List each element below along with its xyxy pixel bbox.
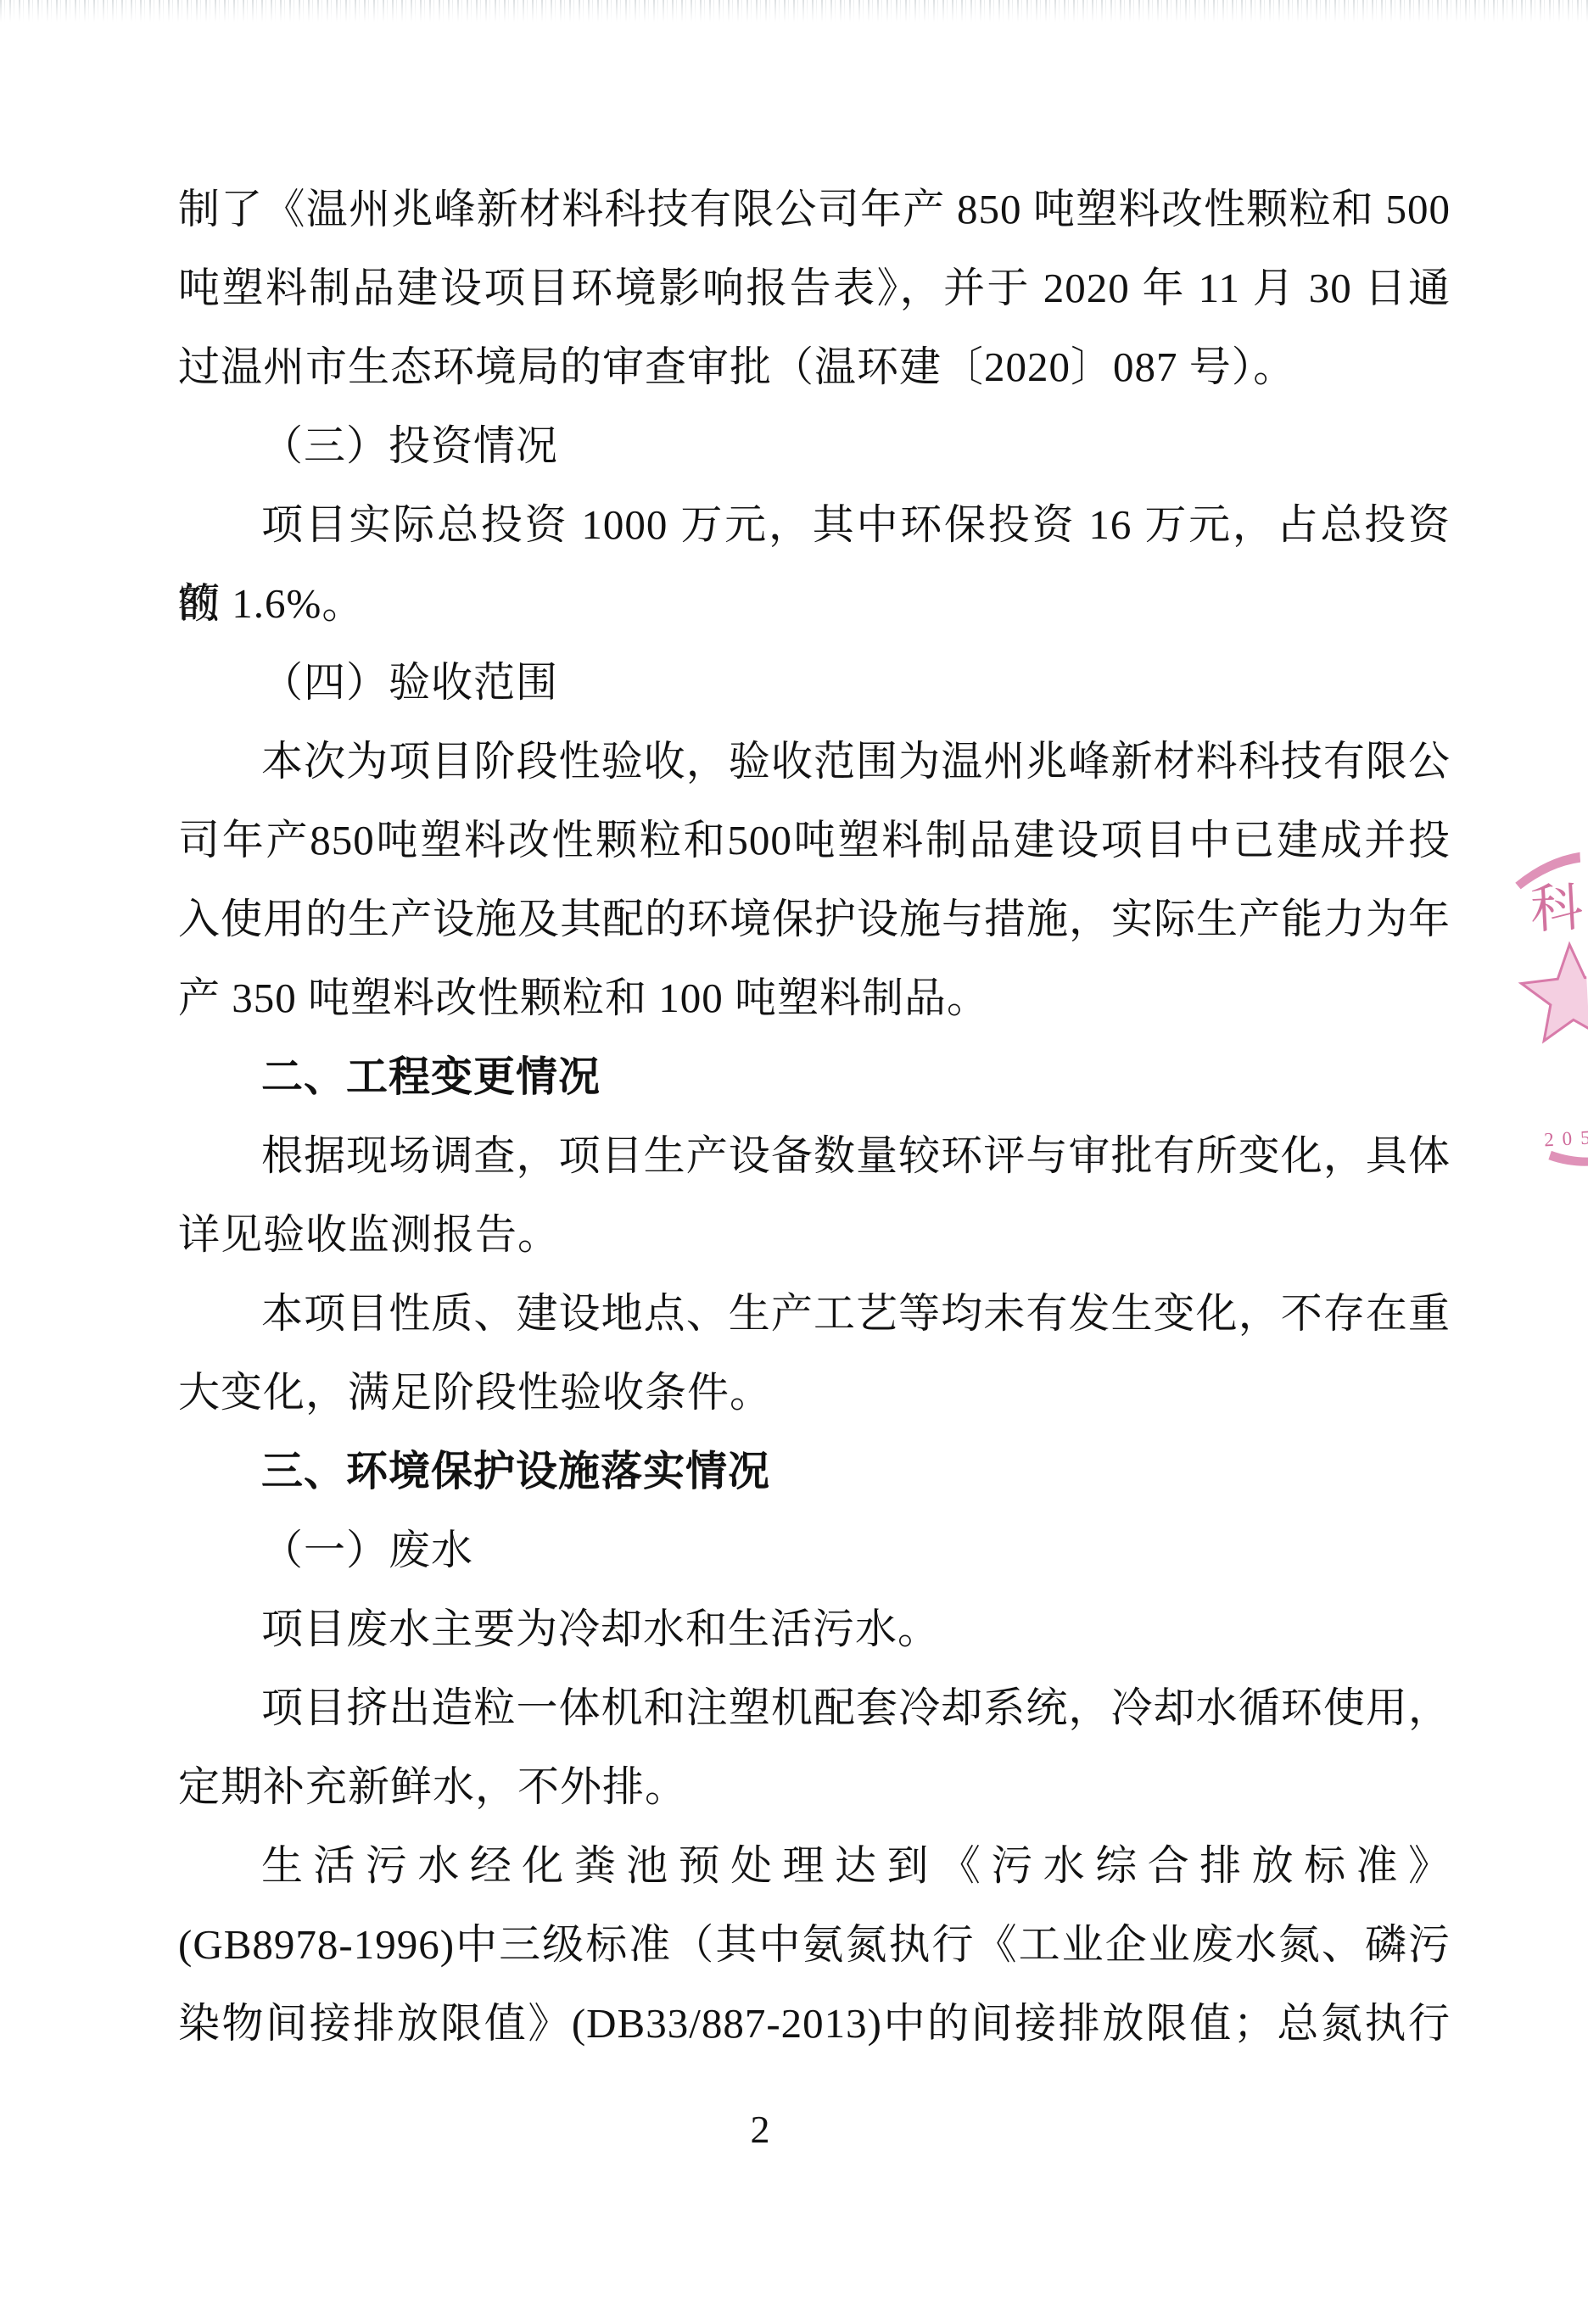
text-line: 大变化，满足阶段性验收条件。 (178, 1353, 1451, 1432)
stamp-rim-bottom (1548, 1148, 1588, 1168)
star-icon (1519, 941, 1588, 1042)
text-line: 生活污水经化粪池预处理达到《污水综合排放标准》 (178, 1826, 1451, 1905)
stamp-text: 科技 (1529, 876, 1588, 940)
text-line: 入使用的生产设施及其配的环境保护设施与措施，实际生产能力为年 (178, 880, 1451, 958)
section-heading: （一）废水 (178, 1511, 1451, 1589)
text-line: 根据现场调查，项目生产设备数量较环评与审批有所变化，具体 (178, 1116, 1451, 1195)
text-line: 详见验收监测报告。 (178, 1195, 1451, 1274)
text-line: 制了《温州兆峰新材料科技有限公司年产 850 吨塑料改性颗粒和 500 (178, 170, 1451, 249)
text-line: 吨塑料制品建设项目环境影响报告表》，并于 2020 年 11 月 30 日通 (178, 249, 1451, 327)
section-heading: 三、环境保护设施落实情况 (178, 1432, 1451, 1511)
stamp-number: 205 (1544, 1126, 1588, 1150)
section-heading: （四）验收范围 (178, 643, 1451, 722)
text-line: 定期补充新鲜水，不外排。 (178, 1747, 1451, 1826)
text-line: 项目挤出造粒一体机和注塑机配套冷却系统，冷却水循环使用， (178, 1668, 1451, 1747)
text-line: 过温州市生态环境局的审查审批（温环建〔2020〕087 号）。 (178, 327, 1451, 406)
section-heading: （三）投资情况 (178, 406, 1451, 485)
document-body: 制了《温州兆峰新材料科技有限公司年产 850 吨塑料改性颗粒和 500 吨塑料制… (178, 170, 1451, 2063)
document-page: 制了《温州兆峰新材料科技有限公司年产 850 吨塑料改性颗粒和 500 吨塑料制… (0, 0, 1588, 2324)
text-line: 项目废水主要为冷却水和生活污水。 (178, 1589, 1451, 1668)
text-line: 染物间接排放限值》(DB33/887-2013)中的间接排放限值；总氮执行 (178, 1984, 1451, 2063)
scan-artifact (0, 0, 1588, 22)
text-line: (GB8978-1996)中三级标准（其中氨氮执行《工业企业废水氮、磷污 (178, 1905, 1451, 1984)
text-line: 本项目性质、建设地点、生产工艺等均未有发生变化，不存在重 (178, 1274, 1451, 1353)
page-number: 2 (0, 2104, 1520, 2155)
section-heading: 二、工程变更情况 (178, 1037, 1451, 1116)
text-line: 产 350 吨塑料改性颗粒和 100 吨塑料制品。 (178, 958, 1451, 1037)
text-line: 司年产850吨塑料改性颗粒和500吨塑料制品建设项目中已建成并投 (178, 801, 1451, 880)
stamp: 科技 205 (1464, 844, 1588, 1172)
text-line: 本次为项目阶段性验收，验收范围为温州兆峰新材料科技有限公 (178, 722, 1451, 801)
text-line: 的 1.6%。 (178, 564, 1451, 643)
text-line: 项目实际总投资 1000 万元，其中环保投资 16 万元，占总投资额 (178, 485, 1451, 564)
